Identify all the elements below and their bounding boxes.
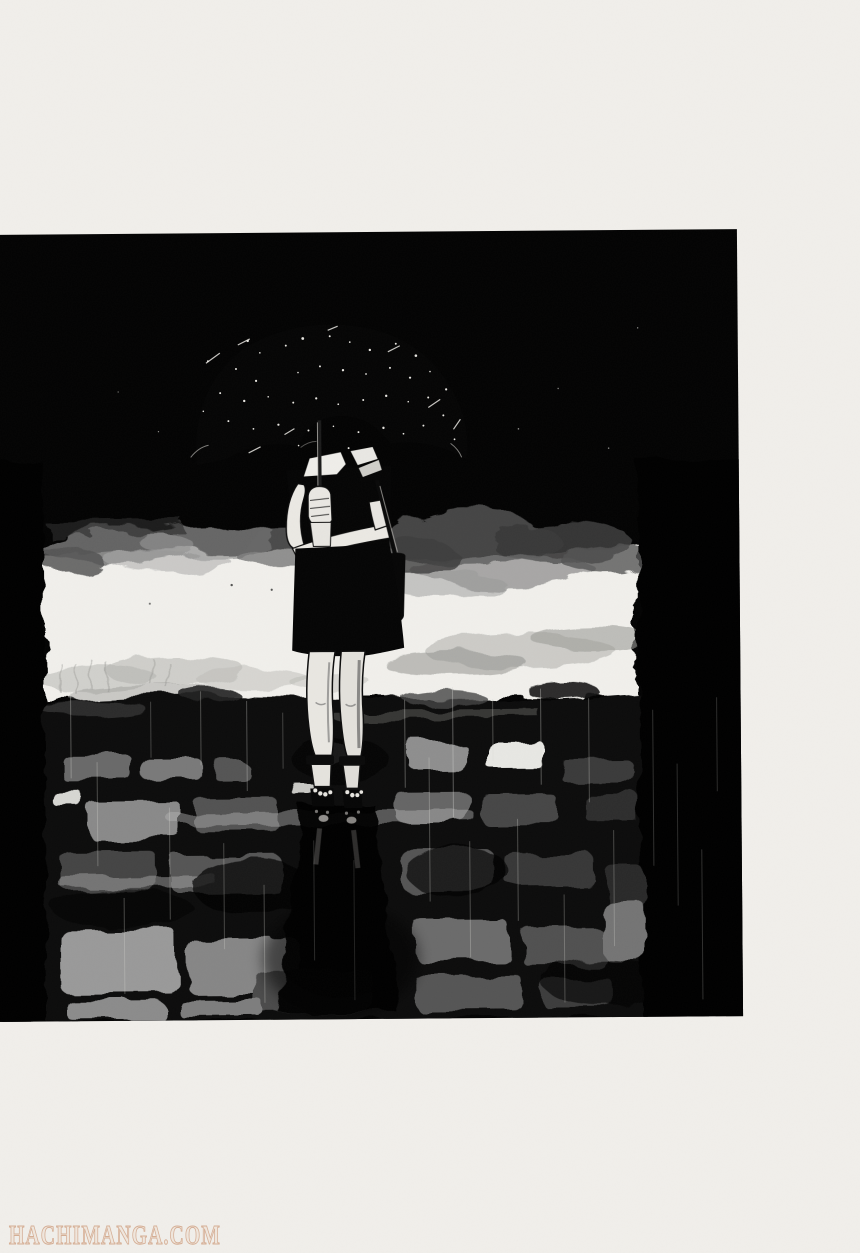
paper-grain-overlay xyxy=(0,0,860,1253)
manga-page: HACHIMANGA.COM xyxy=(0,0,860,1253)
page-canvas: HACHIMANGA.COM xyxy=(0,0,860,1253)
